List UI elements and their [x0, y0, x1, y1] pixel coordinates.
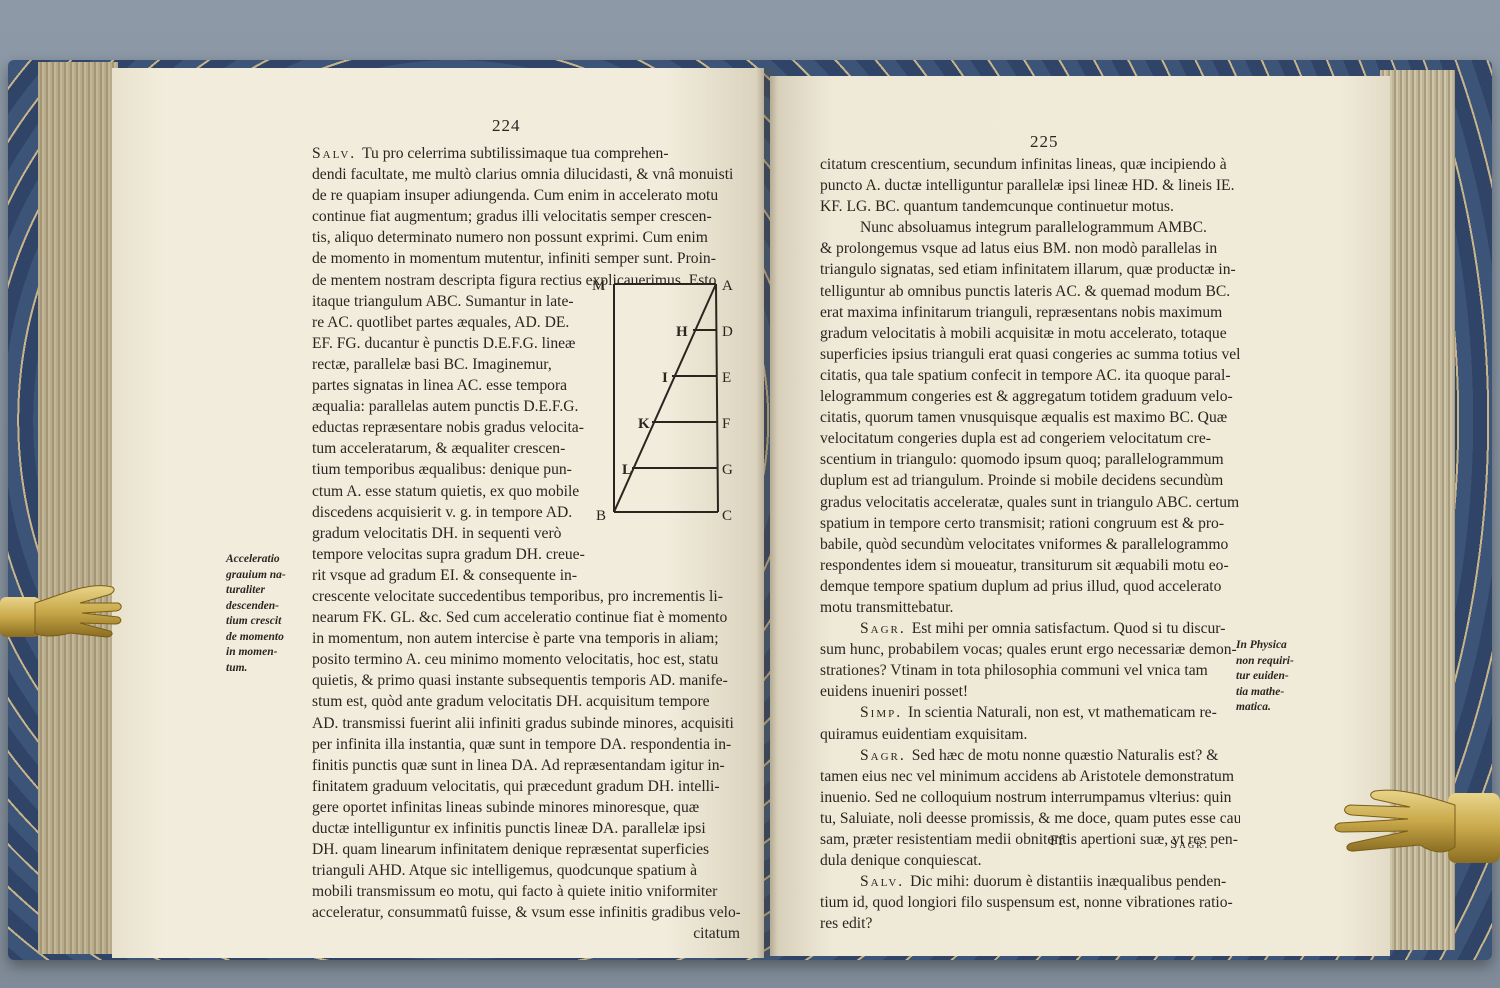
text-line: re AC. quotlibet partes æquales, AD. DE.	[312, 312, 602, 333]
text-line: posito termino A. ceu minimo momento vel…	[312, 649, 740, 670]
text-line: ctum A. esse statum quietis, ex quo mobi…	[312, 481, 602, 502]
text-line: crescente velocitate succedentibus tempo…	[312, 586, 740, 607]
speaker-label: Simp.	[860, 704, 908, 721]
text-line: quietis, & primo quasi instante subseque…	[312, 670, 740, 691]
text-line: erat maxima infinitarum trianguli, repræ…	[820, 302, 1240, 323]
page-edges-left	[38, 62, 118, 954]
text-line: AD. transmissi fuerint alii infiniti gra…	[312, 713, 740, 734]
text-line: Nunc absoluamus integrum parallelogrammu…	[820, 217, 1240, 238]
text-line: Salv. Tu pro celerrima subtilissimaque t…	[312, 143, 740, 164]
text-line: Simp. In scientia Naturali, non est, vt …	[820, 702, 1240, 723]
text-line: dula denique conquiescat.	[820, 850, 1240, 871]
text-line: per infinita illa instantia, quæ sunt in…	[312, 734, 740, 755]
marginal-note-line: tum.	[226, 661, 286, 677]
catchword-right: Sagr.	[1170, 836, 1209, 852]
text-line: de momento in momentum mutentur, infinit…	[312, 248, 740, 269]
left-page-text: Salv. Tu pro celerrima subtilissimaque t…	[312, 143, 740, 945]
marginal-note-line: grauium na-	[226, 568, 286, 584]
text-line: Sagr. Est mihi per omnia satisfactum. Qu…	[820, 618, 1240, 639]
text-line: euidens inueniri posset!	[820, 681, 1240, 702]
text-line: demque tempore spatium duplum ad prius i…	[820, 576, 1240, 597]
text-line: discedens acquisierit v. g. in tempore A…	[312, 502, 602, 523]
text-line: æqualia: parallelas autem punctis D.E.F.…	[312, 396, 602, 417]
text-line: quiramus euidentiam exquisitam.	[820, 724, 1240, 745]
speaker-label: Salv.	[312, 145, 362, 162]
text-line: nearum FK. GL. &c. Sed cum acceleratio c…	[312, 607, 740, 628]
marginal-note-line: In Physica	[1236, 638, 1294, 654]
book-gutter	[756, 68, 778, 958]
text-line: scentium in triangulo: quomodo ipsum quo…	[820, 449, 1240, 470]
svg-text:I: I	[662, 370, 668, 386]
text-line: acceleratur, consummatû fuisse, & vsum e…	[312, 902, 740, 923]
text-line: babile, quòd secundùm velocitates vnifor…	[820, 534, 1240, 555]
text-line: eductas repræsentare nobis gradus veloci…	[312, 417, 602, 438]
text-line: spatium in tempore certo transmisit; rat…	[820, 513, 1240, 534]
marginal-note-right: In Physicanon requiri-tur euiden-tia mat…	[1236, 638, 1294, 716]
svg-text:K: K	[638, 416, 650, 432]
marginal-note-line: matica.	[1236, 700, 1294, 716]
text-line: inuenio. Sed ne colloquium nostrum inter…	[820, 787, 1240, 808]
text-line: stum est, quòd ante gradum velocitatis D…	[312, 691, 740, 712]
text-line: lelogrammum congeries est & aggregatum t…	[820, 386, 1240, 407]
marginal-note-line: non requiri-	[1236, 654, 1294, 670]
text-line: mobili transmissum eo motu, qui facto à …	[312, 881, 740, 902]
brass-page-holder-right	[1330, 785, 1500, 875]
page-number-right: 225	[1030, 132, 1059, 152]
marginal-note-line: in momen-	[226, 645, 286, 661]
svg-text:G: G	[722, 462, 733, 478]
text-line: de re quapiam insuper adiungenda. Cum en…	[312, 185, 740, 206]
text-line: gradus velocitatis acceleratæ, quales su…	[820, 492, 1240, 513]
text-line: triangulo signatas, sed etiam infinitate…	[820, 259, 1240, 280]
text-line: KF. LG. BC. quantum tandemcunque continu…	[820, 196, 1240, 217]
text-line: gere oportet infinitas lineas subinde mi…	[312, 797, 740, 818]
label-a: A	[722, 278, 733, 294]
text-line: & prolongemus vsque ad latus eius BM. no…	[820, 238, 1240, 259]
text-line: EF. FG. ducantur è punctis D.E.F.G. line…	[312, 333, 602, 354]
text-line: gradum velocitatis DH. in sequenti verò	[312, 523, 602, 544]
marginal-note-line: Acceleratio	[226, 552, 286, 568]
right-page-text: citatum crescentium, secundum infinitas …	[820, 154, 1240, 934]
text-line: citatum crescentium, secundum infinitas …	[820, 154, 1240, 175]
text-line: duplum est ad triangulum. Proinde si mob…	[820, 470, 1240, 491]
text-line: Sagr. Sed hæc de motu nonne quæstio Natu…	[820, 745, 1240, 766]
svg-text:F: F	[722, 416, 730, 432]
text-line: continue fiat augmentum; gradus illi vel…	[312, 206, 740, 227]
svg-text:E: E	[722, 370, 731, 386]
text-line: tium id, quod longiori filo suspensum es…	[820, 892, 1240, 913]
text-line: tis, aliquo determinato numero non possu…	[312, 227, 740, 248]
svg-text:H: H	[676, 324, 688, 340]
text-line: tum acceleratarum, & æqualiter crescen-	[312, 438, 602, 459]
text-line: partes signatas in linea AC. esse tempor…	[312, 375, 602, 396]
text-line: DH. quam linearum infinitatem denique re…	[312, 839, 740, 860]
geometric-figure-triangle-abc: M A H D I E K F L G B C	[588, 274, 748, 524]
text-line: tu, Saluiate, noli deesse promissis, & m…	[820, 808, 1240, 829]
text-line: finitatem graduum velocitatis, qui præce…	[312, 776, 740, 797]
text-line: itaque triangulum ABC. Sumantur in late-	[312, 291, 602, 312]
text-line: dendi facultate, me multò clarius omnia …	[312, 164, 740, 185]
text-line: citatis, quorum tamen vnusquisque æquali…	[820, 407, 1240, 428]
text-line: ductæ intelliguntur ex infinitis punctis…	[312, 818, 740, 839]
marginal-note-line: tium crescit	[226, 614, 286, 630]
text-line: respondentes idem si moueatur, transitur…	[820, 555, 1240, 576]
svg-text:C: C	[722, 508, 732, 524]
marginal-note-line: tia mathe-	[1236, 685, 1294, 701]
text-line: res edit?	[820, 913, 1240, 934]
marginal-note-line: tur euiden-	[1236, 669, 1294, 685]
text-line: motu transmittebatur.	[820, 597, 1240, 618]
text-line: tamen eius nec vel minimum accidens ab A…	[820, 766, 1240, 787]
text-line: tempore velocitas supra gradum DH. creue…	[312, 544, 602, 565]
svg-text:B: B	[596, 508, 606, 524]
speaker-label: Sagr.	[860, 747, 912, 764]
catchword: citatum	[312, 923, 740, 944]
text-line: telliguntur ab omnibus punctis lateris A…	[820, 281, 1240, 302]
page-number-left: 224	[492, 116, 521, 136]
marginal-note-line: descenden-	[226, 599, 286, 615]
svg-text:D: D	[722, 324, 733, 340]
marginal-note-line: turaliter	[226, 583, 286, 599]
text-line: Salv. Dic mihi: duorum è distantiis inæq…	[820, 871, 1240, 892]
text-line: sum hunc, probabilem vocas; quales erunt…	[820, 639, 1240, 660]
text-line: superficies ipsius trianguli erat quasi …	[820, 344, 1240, 365]
signature-mark: Ff	[1050, 833, 1063, 850]
text-line: trianguli AHD. Atque sic intelligemus, q…	[312, 860, 740, 881]
text-line: citatis, qua tale spatium confecit in te…	[820, 365, 1240, 386]
speaker-label: Salv.	[860, 873, 910, 890]
text-line: in momentum, non autem intercise è parte…	[312, 628, 740, 649]
marginal-note-line: de momento	[226, 630, 286, 646]
text-line: rit vsque ad gradum EI. & consequente in…	[312, 565, 602, 586]
text-line: gradum velocitatis à mobili acquisitæ in…	[820, 323, 1240, 344]
text-line: velocitatum congeries dupla est ad conge…	[820, 428, 1240, 449]
marginal-note-left: Acceleratiograuium na-turaliterdescenden…	[226, 552, 286, 676]
text-line: strationes? Vtinam in tota philosophia c…	[820, 660, 1240, 681]
speaker-label: Sagr.	[860, 620, 912, 637]
text-line: tium temporibus æqualibus: denique pun-	[312, 459, 602, 480]
label-m: M	[592, 278, 605, 294]
brass-page-holder-left	[0, 575, 125, 655]
text-line: puncto A. ductæ intelliguntur parallelæ …	[820, 175, 1240, 196]
svg-text:L: L	[622, 462, 632, 478]
text-line: finitis punctis quæ sunt in linea DA. Ad…	[312, 755, 740, 776]
text-line: rectæ, parallelæ basi BC. Imaginemur,	[312, 354, 602, 375]
